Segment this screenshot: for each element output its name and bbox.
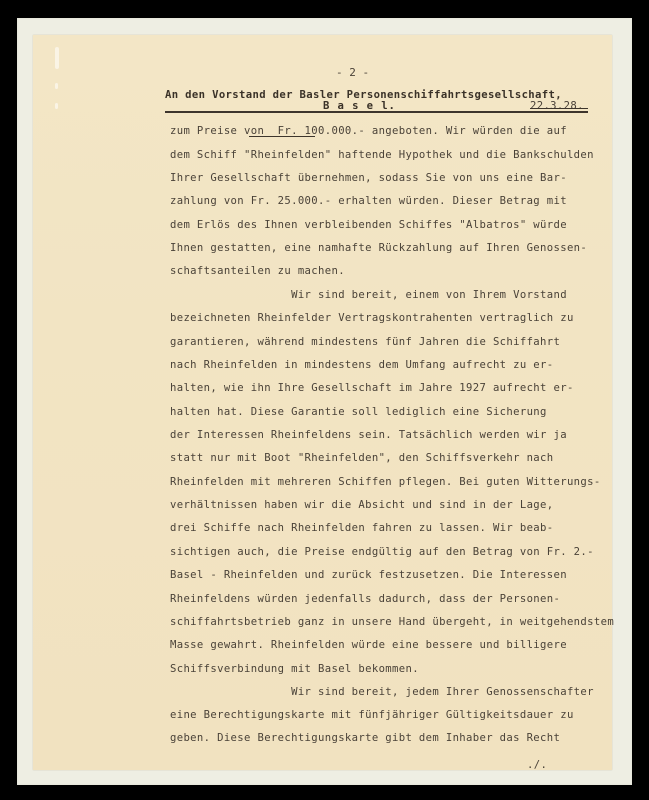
recipient-city: B a s e l.: [323, 101, 396, 112]
paper-tear-mark: [55, 47, 59, 69]
body-line: bezeichneten Rheinfelder Vertragskontrah…: [170, 313, 574, 324]
body-line: sichtigen auch, die Preise endgültig auf…: [170, 547, 594, 558]
body-line: der Interessen Rheinfeldens sein. Tatsäc…: [170, 430, 567, 441]
price-underline: [249, 136, 315, 137]
recipient-line: An den Vorstand der Basler Personenschif…: [165, 90, 562, 101]
body-line: Schiffsverbindung mit Basel bekommen.: [170, 664, 419, 675]
body-line: zahlung von Fr. 25.000.- erhalten würden…: [170, 196, 567, 207]
body-line: halten hat. Diese Garantie soll lediglic…: [170, 407, 547, 418]
paper-tear-mark: [55, 83, 58, 89]
body-line: Rheinfelden mit mehreren Schiffen pflege…: [170, 477, 601, 488]
body-line: Ihrer Gesellschaft übernehmen, sodass Si…: [170, 173, 567, 184]
body-line: verhältnissen haben wir die Absicht und …: [170, 500, 554, 511]
letter-date: 22.3.28.: [530, 101, 584, 112]
body-line: geben. Diese Berechtigungskarte gibt dem…: [170, 733, 560, 744]
body-line: nach Rheinfelden in mindestens dem Umfan…: [170, 360, 554, 371]
continuation-mark: ./.: [527, 760, 547, 771]
body-line: Wir sind bereit, jedem Ihrer Genossensch…: [170, 687, 594, 698]
body-line: schaftsanteilen zu machen.: [170, 266, 345, 277]
body-line: dem Erlös des Ihnen verbleibenden Schiff…: [170, 220, 567, 231]
body-line: garantieren, während mindestens fünf Jah…: [170, 337, 560, 348]
page-number: - 2 -: [336, 66, 369, 79]
body-line: Basel - Rheinfelden und zurück festzuset…: [170, 570, 567, 581]
body-line: statt nur mit Boot "Rheinfelden", den Sc…: [170, 453, 554, 464]
body-line: schiffahrtsbetrieb ganz in unsere Hand ü…: [170, 617, 614, 628]
typewritten-letter-page: [33, 35, 612, 770]
body-line: eine Berechtigungskarte mit fünfjähriger…: [170, 710, 574, 721]
body-line: Masse gewahrt. Rheinfelden würde eine be…: [170, 640, 567, 651]
body-line: zum Preise von Fr. 100.000.- angeboten. …: [170, 126, 567, 137]
date-underline: [530, 108, 588, 109]
body-line: dem Schiff "Rheinfelden" haftende Hypoth…: [170, 150, 594, 161]
body-line: Ihnen gestatten, eine namhafte Rückzahlu…: [170, 243, 587, 254]
body-line: halten, wie ihn Ihre Gesellschaft im Jah…: [170, 383, 574, 394]
paper-tear-mark: [55, 103, 58, 109]
body-line: drei Schiffe nach Rheinfelden fahren zu …: [170, 523, 554, 534]
header-rule: [165, 111, 588, 113]
body-line: Rheinfeldens würden jedenfalls dadurch, …: [170, 594, 560, 605]
body-line: Wir sind bereit, einem von Ihrem Vorstan…: [170, 290, 567, 301]
